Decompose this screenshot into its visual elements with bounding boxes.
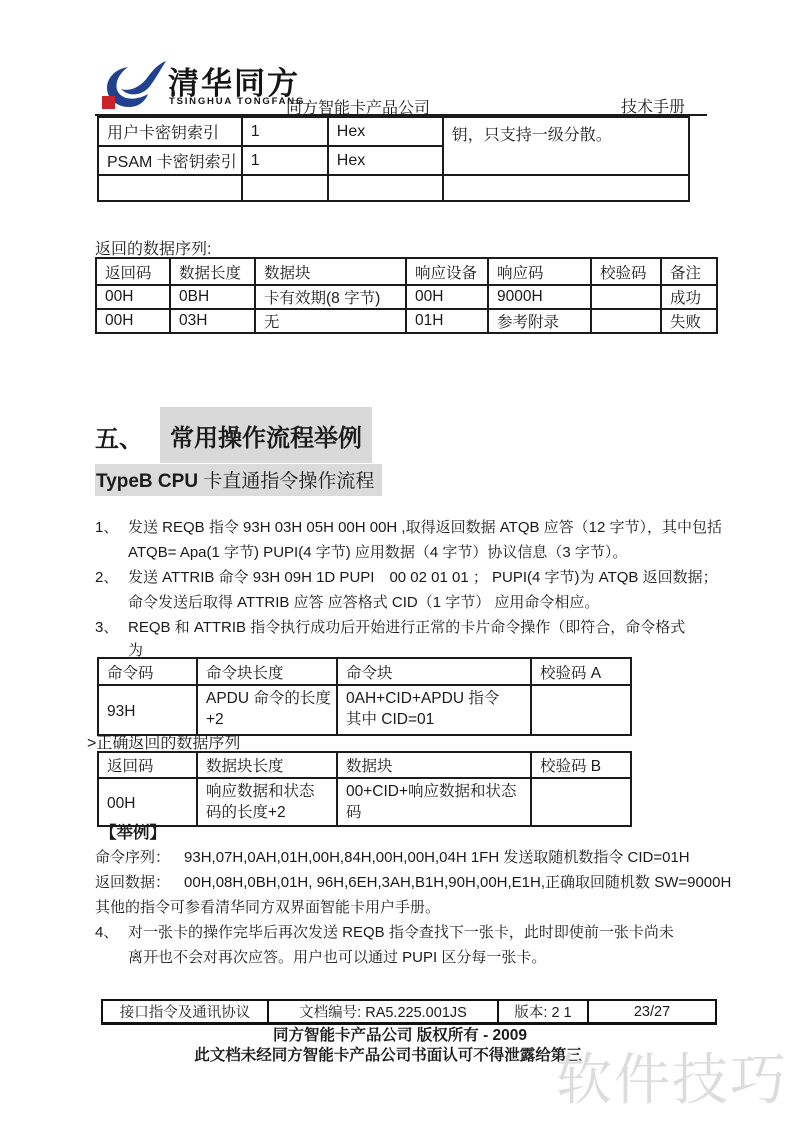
list-number: 1、 xyxy=(95,516,128,537)
column-header: 命令块长度 xyxy=(197,658,337,685)
list-line: 1、发送 REQB 指令 93H 03H 05H 00H 00H ,取得返回数据… xyxy=(95,516,722,537)
list-text: REQB 和 ATTRIB 指令执行成功后开始进行正常的卡片命令操作（即符合，命… xyxy=(128,619,685,636)
column-header: 返回码 xyxy=(96,258,170,285)
footer-version: 版本: 2 1 xyxy=(498,1000,588,1024)
table-row: 00H 0BH 卡有效期(8 字节) 00H 9000H 成功 xyxy=(96,285,717,309)
list-number: 4、 xyxy=(95,921,128,942)
table-cell: 参考附录 xyxy=(488,309,591,333)
footer-doc-name: 接口指令及通讯协议 xyxy=(102,1000,268,1024)
command-sequence-value: 93H,07H,0AH,01H,00H,84H,00H,00H,04H 1FH … xyxy=(184,849,690,866)
column-header: 数据块长度 xyxy=(197,752,337,778)
table-cell: 成功 xyxy=(661,285,717,309)
table-cell: 00H xyxy=(406,285,488,309)
subsection-heading: TypeB CPU 卡直通指令操作流程 xyxy=(95,464,382,496)
table-cell: 1 xyxy=(242,117,328,146)
footer-doc-number: 文档编号: RA5.225.001JS xyxy=(268,1000,498,1024)
copyright-year: - 2009 xyxy=(483,1027,527,1044)
table-row: 00H 响应数据和状态码的长度+2 00+CID+响应数据和状态码 xyxy=(98,778,631,826)
table-cell xyxy=(443,175,689,201)
table-cell: APDU 命令的长度+2 xyxy=(197,685,337,735)
document-page: 清华同方 TSINGHUA TONGFANG 同方智能卡产品公司 技术手册 用户… xyxy=(0,0,800,1130)
table-cell xyxy=(591,285,661,309)
table-cell: 失败 xyxy=(661,309,717,333)
copyright-text: 同方智能卡产品公司 版权所有 xyxy=(273,1027,483,1044)
key-index-table: 用户卡密钥索引 1 Hex 钥，只支持一级分散。 PSAM 卡密钥索引 1 He… xyxy=(97,116,690,202)
list-text: 发送 REQB 指令 93H 03H 05H 00H 00H ,取得返回数据 A… xyxy=(128,519,722,536)
table-cell: Hex xyxy=(328,146,443,175)
table-cell xyxy=(531,778,631,826)
logo-text-en: TSINGHUA TONGFANG xyxy=(169,96,305,107)
list-line: 离开也不会对再次应答。用户也可以通过 PUPI 区分每一张卡。 xyxy=(128,946,546,967)
cell-line: 码的长度+2 xyxy=(206,802,332,823)
section-number: 五、 xyxy=(95,419,143,454)
return-data-value: 00H,08H,0BH,01H, 96H,6EH,3AH,B1H,90H,00H… xyxy=(184,874,731,891)
list-line: 3、REQB 和 ATTRIB 指令执行成功后开始进行正常的卡片命令操作（即符合… xyxy=(95,616,685,637)
table-cell: 无 xyxy=(255,309,406,333)
return-data-label: 返回数据： xyxy=(95,874,170,891)
column-header: 数据长度 xyxy=(170,258,255,285)
table-row: 用户卡密钥索引 1 Hex 钥，只支持一级分散。 xyxy=(98,117,689,146)
footer-table: 接口指令及通讯协议 文档编号: RA5.225.001JS 版本: 2 1 23… xyxy=(101,999,717,1025)
table-cell: 卡有效期(8 字节) xyxy=(255,285,406,309)
table-row: 93H APDU 命令的长度+2 0AH+CID+APDU 指令其中 CID=0… xyxy=(98,685,631,735)
table-cell: 00H xyxy=(96,309,170,333)
table-cell: 0AH+CID+APDU 指令其中 CID=01 xyxy=(337,685,531,735)
table-cell xyxy=(98,175,242,201)
table-cell xyxy=(531,685,631,735)
subsection-rest: 卡直通指令操作流程 xyxy=(198,471,374,492)
return-data-table: 返回码 数据长度 数据块 响应设备 响应码 校验码 备注 00H 0BH 卡有效… xyxy=(95,257,718,334)
cell-line: 0AH+CID+APDU 指令 xyxy=(346,688,526,709)
section-title: 常用操作流程举例 xyxy=(160,407,372,463)
cell-line: 响应数据和状态 xyxy=(206,781,332,802)
column-header: 校验码 B xyxy=(531,752,631,778)
response-table: 返回码 数据块长度 数据块 校验码 B 00H 响应数据和状态码的长度+2 00… xyxy=(97,751,632,827)
column-header: 数据块 xyxy=(255,258,406,285)
column-header: 备注 xyxy=(661,258,717,285)
subsection-latin: TypeB CPU xyxy=(96,471,198,492)
list-line: ATQB= Apa(1 字节) PUPI(4 字节) 应用数据（4 字节）协议信… xyxy=(128,541,627,562)
table-cell: Hex xyxy=(328,117,443,146)
list-text: 对一张卡的操作完毕后再次发送 REQB 指令查找下一张卡，此时即使前一张卡尚未 xyxy=(128,924,674,941)
column-header: 数据块 xyxy=(337,752,531,778)
list-line: 命令发送后取得 ATTRIB 应答 应答格式 CID（1 字节） 应用命令相应。 xyxy=(128,591,599,612)
table-cell xyxy=(591,309,661,333)
footer-row: 接口指令及通讯协议 文档编号: RA5.225.001JS 版本: 2 1 23… xyxy=(102,1000,716,1024)
correct-return-label: >正确返回的数据序列 xyxy=(87,730,240,753)
table-cell xyxy=(242,175,328,201)
table-row: 00H 03H 无 01H 参考附录 失败 xyxy=(96,309,717,333)
table-cell-note: 钥，只支持一级分散。 xyxy=(443,117,689,175)
table-cell xyxy=(328,175,443,201)
table-header-row: 命令码 命令块长度 命令块 校验码 A xyxy=(98,658,631,685)
list-text: ATQB= Apa(1 字节) PUPI(4 字节) 应用数据（4 字节）协议信… xyxy=(128,544,627,561)
column-header: 校验码 A xyxy=(531,658,631,685)
column-header: 校验码 xyxy=(591,258,661,285)
table-cell: PSAM 卡密钥索引 xyxy=(98,146,242,175)
list-line: 4、对一张卡的操作完毕后再次发送 REQB 指令查找下一张卡，此时即使前一张卡尚… xyxy=(95,921,674,942)
table-cell: 00H xyxy=(96,285,170,309)
table-cell: 93H xyxy=(98,685,197,735)
column-header: 响应设备 xyxy=(406,258,488,285)
cell-line: 00+CID+响应数据和状态 xyxy=(346,781,526,802)
list-number: 3、 xyxy=(95,616,128,637)
table-cell: 用户卡密钥索引 xyxy=(98,117,242,146)
list-line: 2、发送 ATTRIB 命令 93H 09H 1D PUPI 00 02 01 … xyxy=(95,566,718,587)
command-table: 命令码 命令块长度 命令块 校验码 A 93H APDU 命令的长度+2 0AH… xyxy=(97,657,632,736)
cell-line: 码 xyxy=(346,802,526,823)
table-cell: 03H xyxy=(170,309,255,333)
watermark-text: 软件技巧 xyxy=(556,1036,788,1116)
table-header-row: 返回码 数据块长度 数据块 校验码 B xyxy=(98,752,631,778)
column-header: 命令码 xyxy=(98,658,197,685)
command-sequence-label: 命令序列： xyxy=(95,849,170,866)
list-number: 2、 xyxy=(95,566,128,587)
tongfang-logo-icon xyxy=(98,56,170,114)
column-header: 命令块 xyxy=(337,658,531,685)
list-text: 发送 ATTRIB 命令 93H 09H 1D PUPI 00 02 01 01… xyxy=(128,569,718,586)
other-commands-note: 其他的指令可参看清华同方双界面智能卡用户手册。 xyxy=(95,896,440,917)
column-header: 返回码 xyxy=(98,752,197,778)
table-cell: 9000H xyxy=(488,285,591,309)
return-data-line: 返回数据：00H,08H,0BH,01H, 96H,6EH,3AH,B1H,90… xyxy=(95,871,731,892)
cell-line: 其中 CID=01 xyxy=(346,709,526,730)
column-header: 响应码 xyxy=(488,258,591,285)
cell-line: +2 xyxy=(206,709,332,730)
table-row xyxy=(98,175,689,201)
list-text: 命令发送后取得 ATTRIB 应答 应答格式 CID（1 字节） 应用命令相应。 xyxy=(128,594,599,611)
table-cell: 01H xyxy=(406,309,488,333)
footer-page-number: 23/27 xyxy=(588,1000,716,1024)
return-sequence-label: 返回的数据序列: xyxy=(95,236,211,259)
command-sequence-line: 命令序列：93H,07H,0AH,01H,00H,84H,00H,00H,04H… xyxy=(95,846,690,867)
example-title: 【举例】 xyxy=(100,819,166,843)
table-cell: 1 xyxy=(242,146,328,175)
table-cell: 响应数据和状态码的长度+2 xyxy=(197,778,337,826)
table-header-row: 返回码 数据长度 数据块 响应设备 响应码 校验码 备注 xyxy=(96,258,717,285)
table-cell: 0BH xyxy=(170,285,255,309)
list-text: 离开也不会对再次应答。用户也可以通过 PUPI 区分每一张卡。 xyxy=(128,949,546,966)
cell-line: APDU 命令的长度 xyxy=(206,688,332,709)
table-cell: 00+CID+响应数据和状态码 xyxy=(337,778,531,826)
